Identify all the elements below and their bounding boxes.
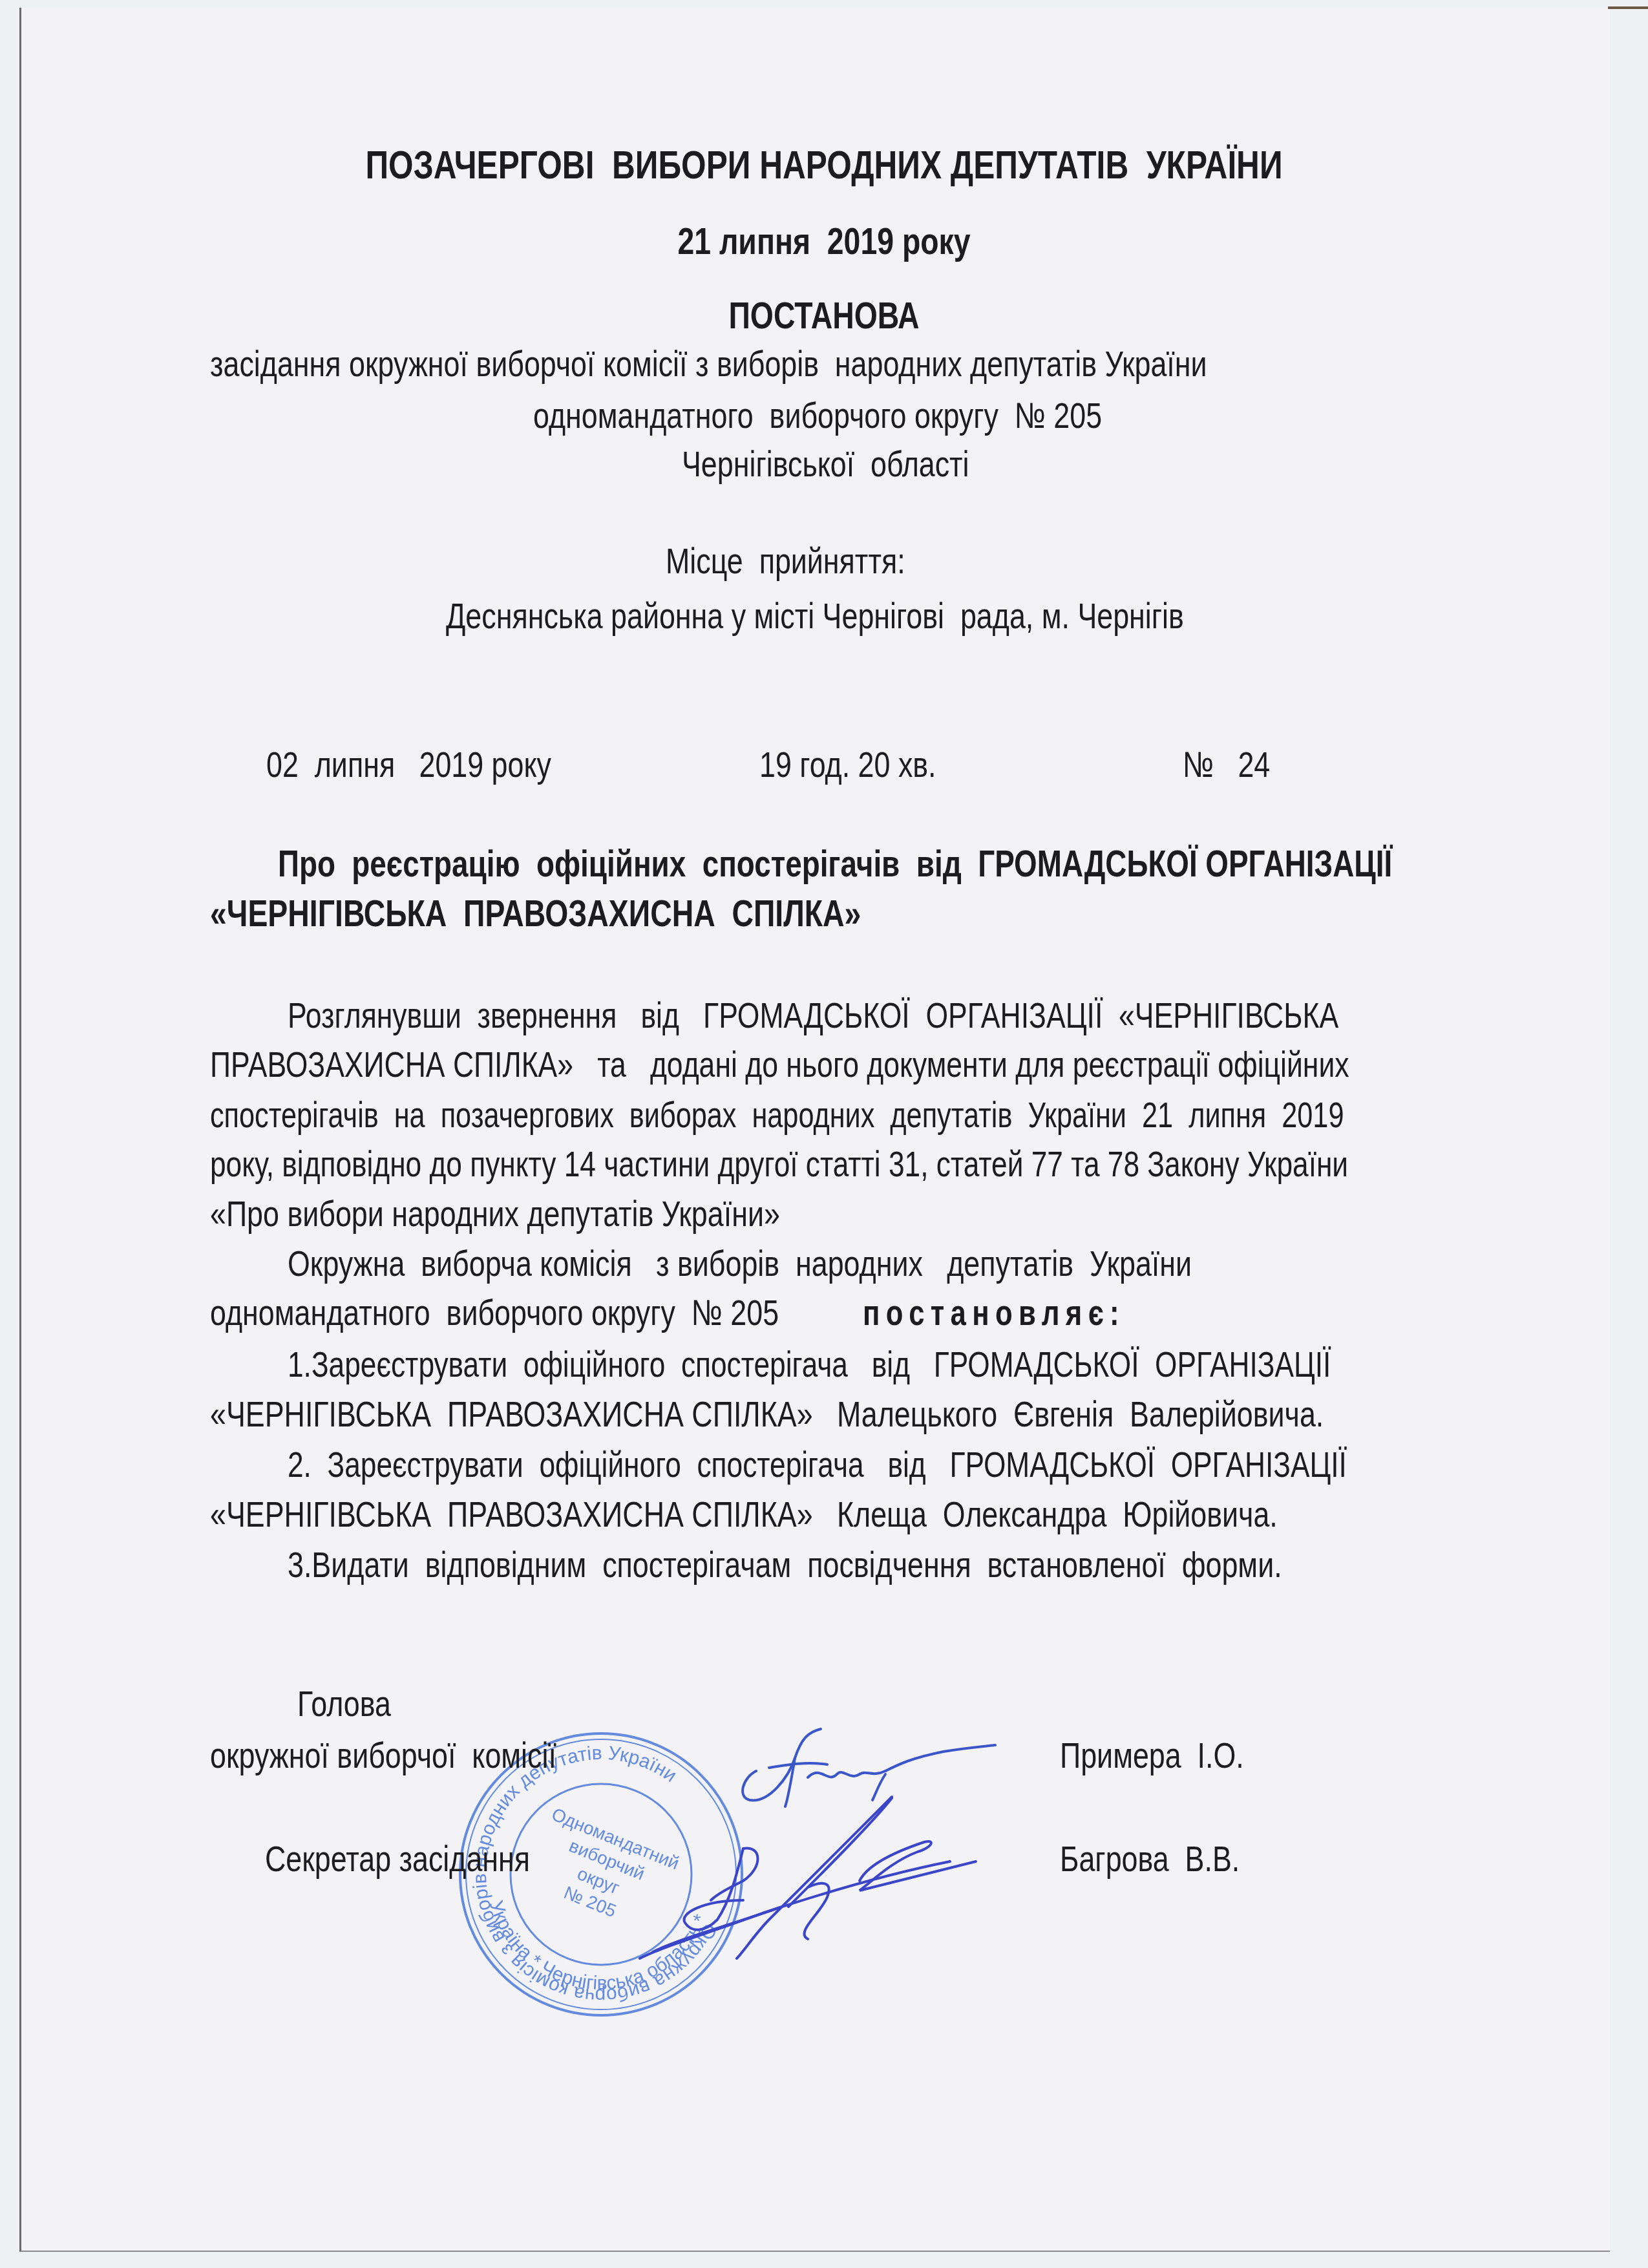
secretary-title: Секретар засідання (265, 1838, 530, 1880)
preamble-line-4: року, відповідно до пункту 14 частини др… (210, 1143, 1348, 1185)
resolution-keyword: постановляє: (863, 1291, 1125, 1333)
region-line: Чернігівської області (682, 443, 969, 485)
resolution-intro-line-1: Окружна виборча комісія з виборів народн… (288, 1242, 1192, 1284)
decision-date: 02 липня 2019 року (266, 743, 551, 785)
decision-time: 19 год. 20 хв. (759, 743, 936, 785)
secretary-signature (614, 1784, 1002, 1978)
item-2-line-2: «ЧЕРНІГІВСЬКА ПРАВОЗАХИСНА СПІЛКА» Клеща… (210, 1493, 1278, 1535)
scan-edge (1608, 6, 1648, 9)
secretary-name: Багрова В.В. (1060, 1838, 1240, 1880)
subject-line-1: Про реєстрацію офіційних спостерігачів в… (278, 842, 1392, 885)
election-date: 21 липня 2019 року (165, 220, 1483, 263)
item-1-line-1: 1.Зареєструвати офіційного спостерігача … (288, 1343, 1331, 1385)
resolution-intro-line-2: одномандатного виборчого округу № 205 (210, 1291, 779, 1333)
subject-line-2: «ЧЕРНІГІВСЬКА ПРАВОЗАХИСНА СПІЛКА» (210, 892, 861, 935)
preamble-line-1: Розглянувши звернення від ГРОМАДСЬКОЇ ОР… (288, 994, 1338, 1036)
commission-line: засідання окружної виборчої комісії з ви… (210, 343, 1207, 385)
preamble-line-2: ПРАВОЗАХИСНА СПІЛКА» та додані до нього … (210, 1043, 1349, 1085)
preamble-line-5: «Про вибори народних депутатів України» (210, 1192, 780, 1235)
item-1-line-2: «ЧЕРНІГІВСЬКА ПРАВОЗАХИСНА СПІЛКА» Малец… (210, 1393, 1324, 1435)
chair-name: Примера І.О. (1060, 1734, 1244, 1776)
preamble-line-3: спостерігачів на позачергових виборах на… (210, 1094, 1344, 1136)
district-line: одномандатного виборчого округу № 205 (533, 394, 1102, 436)
item-2-line-1: 2. Зареєструвати офіційного спостерігача… (288, 1443, 1347, 1485)
chair-title-line-2: окружної виборчої комісії (210, 1734, 556, 1776)
election-title: ПОЗАЧЕРГОВІ ВИБОРИ НАРОДНИХ ДЕПУТАТІВ УК… (165, 142, 1483, 188)
place-value: Деснянська районна у місті Чернігові рад… (446, 595, 1184, 637)
place-label: Місце прийняття: (666, 540, 905, 582)
document-type-title: ПОСТАНОВА (165, 294, 1483, 337)
decision-number: № 24 (1183, 743, 1270, 785)
item-3-line-1: 3.Видати відповідним спостерігачам посві… (288, 1543, 1282, 1585)
chair-title-line-1: Голова (297, 1682, 391, 1724)
